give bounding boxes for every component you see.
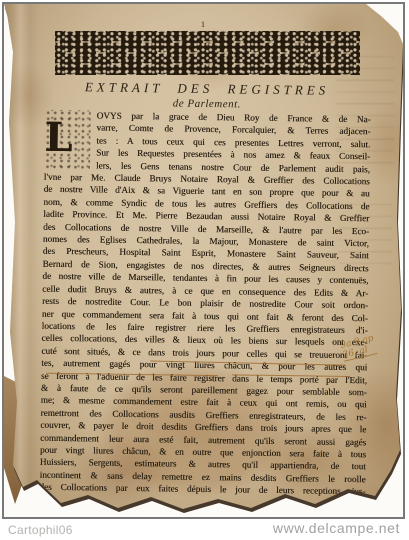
drop-cap-initial: L bbox=[44, 110, 91, 170]
document-scan: 1 EXTRAIT DES REGISTRES de Parlement. LO… bbox=[4, 4, 403, 517]
site-watermark: www.delcampe.net bbox=[273, 520, 400, 536]
photo-frame: 1 EXTRAIT DES REGISTRES de Parlement. LO… bbox=[2, 2, 405, 519]
seller-watermark: Cartophil06 bbox=[8, 523, 73, 537]
printed-content: EXTRAIT DES REGISTRES de Parlement. LOVY… bbox=[2, 3, 404, 519]
document-body: LOVYS par la grace de Dieu Roy de France… bbox=[39, 109, 370, 498]
